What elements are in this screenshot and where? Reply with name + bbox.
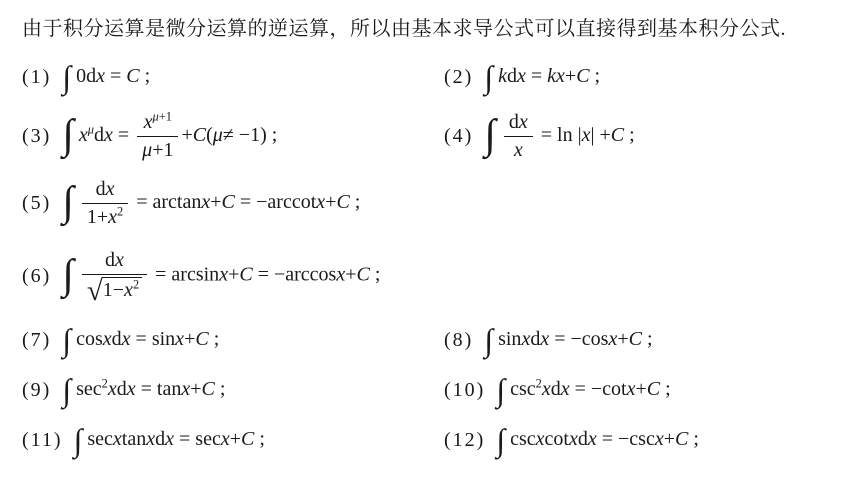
math-text: = — [526, 65, 547, 87]
math-variable: x — [517, 65, 526, 87]
math-variable: x — [536, 428, 545, 450]
fraction: dx1+x2 — [82, 178, 128, 229]
math-variable: x — [175, 328, 184, 350]
superscript: 2 — [133, 278, 139, 292]
radicand: 1−x2 — [102, 277, 142, 302]
numerator: dx — [82, 249, 147, 274]
integral-sign: ∫ — [62, 117, 74, 155]
formula-item: (5)∫dx1+x2 = arctanx+C = −arccotx+C ; — [22, 178, 834, 229]
integral-sign: ∫ — [62, 257, 74, 295]
math-variable: C — [357, 264, 370, 286]
math-variable: x — [104, 124, 113, 146]
math-variable: x — [588, 428, 597, 450]
math-text: + — [210, 191, 221, 213]
math-variable: x — [542, 378, 551, 400]
math-text: d — [94, 124, 104, 146]
math-variable: x — [165, 428, 174, 450]
math-text: d — [507, 65, 517, 87]
math-text: d — [509, 111, 519, 133]
math-variable: x — [316, 191, 325, 213]
math-text: d — [551, 378, 561, 400]
math-variable: x — [655, 428, 664, 450]
formula-item: (12)∫cscxcotxdx = −cscx+C ; — [444, 426, 844, 455]
math-text: ) ; — [260, 124, 277, 146]
textbook-page: 由于积分运算是微分运算的逆运算，所以由基本求导公式可以直接得到基本积分公式. (… — [0, 0, 844, 482]
formula-expression: ∫dx√1−x2 = arcsinx+C = −arccosx+C ; — [61, 249, 380, 303]
math-text: = arcsin — [150, 264, 219, 286]
math-text: ; — [590, 65, 601, 87]
formula-expression: ∫cscxcotxdx = −cscx+C ; — [495, 426, 699, 455]
math-text: d — [530, 328, 540, 350]
formula-expression: ∫sinxdx = −cosx+C ; — [483, 326, 652, 355]
math-text: ; — [215, 378, 226, 400]
math-variable: x — [181, 378, 190, 400]
math-variable: x — [221, 428, 230, 450]
integral-sign: ∫ — [484, 326, 493, 355]
formula-item: (6)∫dx√1−x2 = arcsinx+C = −arccosx+C ; — [22, 249, 834, 303]
math-variable: C — [195, 328, 208, 350]
formula-row: (6)∫dx√1−x2 = arcsinx+C = −arccosx+C ; — [22, 238, 834, 314]
math-text: = sin — [131, 328, 176, 350]
formula-item: (1)∫0dx = C ; — [22, 63, 444, 92]
math-variable: C — [629, 328, 642, 350]
math-text: d — [117, 378, 127, 400]
formula-row: (1)∫0dx = C ;(2)∫kdx = kx+C ; — [22, 54, 834, 101]
math-text: + — [345, 264, 356, 286]
math-text: + — [184, 328, 195, 350]
math-text: tan — [122, 428, 146, 450]
math-text: cos — [76, 328, 103, 350]
formula-expression: ∫xμdx = xμ+1μ+1+C(μ≠ −1) ; — [61, 111, 277, 162]
math-text: + — [230, 428, 241, 450]
math-text: ; — [624, 124, 635, 146]
math-variable: x — [79, 124, 88, 146]
intro-text: 由于积分运算是微分运算的逆运算，所以由基本求导公式可以直接得到基本积分公式. — [22, 16, 834, 42]
math-variable: x — [127, 378, 136, 400]
formula-expression: ∫secxtanxdx = secx+C ; — [73, 426, 265, 455]
integral-sign: ∫ — [62, 326, 71, 355]
math-text: cot — [545, 428, 569, 450]
formula-number: (1) — [22, 66, 51, 89]
math-variable: x — [201, 191, 210, 213]
formula-number: (9) — [22, 379, 51, 402]
denominator: 1+x2 — [82, 203, 128, 229]
math-text: + — [617, 328, 628, 350]
integral-sign: ∫ — [62, 376, 71, 405]
math-text: = sec — [174, 428, 221, 450]
formula-list: (1)∫0dx = C ;(2)∫kdx = kx+C ;(3)∫xμdx = … — [22, 54, 834, 464]
math-text: + — [636, 378, 647, 400]
math-text: = — [113, 124, 134, 146]
math-text: | + — [590, 124, 610, 146]
radical: √1−x2 — [87, 277, 142, 303]
formula-number: (2) — [444, 66, 473, 89]
math-text: ; — [254, 428, 265, 450]
math-text: = tan — [136, 378, 182, 400]
math-text: ; — [140, 65, 151, 87]
denominator: √1−x2 — [82, 274, 147, 303]
math-text: ≠ −1 — [223, 124, 260, 146]
formula-expression: ∫sec2xdx = tanx+C ; — [61, 376, 225, 405]
math-text: +1 — [159, 109, 172, 123]
fraction: xμ+1μ+1 — [137, 111, 178, 162]
math-variable: C — [647, 378, 660, 400]
math-variable: x — [561, 378, 570, 400]
formula-expression: ∫cosxdx = sinx+C ; — [61, 326, 219, 355]
formula-expression: ∫kdx = kx+C ; — [483, 63, 600, 92]
math-text: = −cot — [570, 378, 627, 400]
math-variable: x — [108, 378, 117, 400]
numerator: dx — [82, 178, 128, 203]
formula-expression: ∫csc2xdx = −cotx+C ; — [495, 376, 670, 405]
math-text: d — [155, 428, 165, 450]
math-variable: C — [193, 124, 206, 146]
fraction: dxx — [504, 111, 533, 162]
math-text: + — [664, 428, 675, 450]
radical-sign-icon: √ — [87, 280, 103, 303]
math-text: + — [325, 191, 336, 213]
math-variable: x — [569, 428, 578, 450]
formula-row: (3)∫xμdx = xμ+1μ+1+C(μ≠ −1) ;(4)∫dxx = l… — [22, 104, 834, 168]
math-variable: x — [124, 279, 133, 301]
math-text: = −arccos — [253, 264, 337, 286]
math-variable: C — [202, 378, 215, 400]
math-text: + — [181, 124, 192, 146]
math-text: ; — [209, 328, 220, 350]
math-text: = ln | — [536, 124, 582, 146]
integral-sign: ∫ — [62, 184, 74, 222]
formula-item: (2)∫kdx = kx+C ; — [444, 63, 844, 92]
math-text: + — [228, 264, 239, 286]
math-variable: x — [540, 328, 549, 350]
formula-row: (9)∫sec2xdx = tanx+C ;(10)∫csc2xdx = −co… — [22, 367, 834, 414]
math-text: d — [112, 328, 122, 350]
formula-item: (10)∫csc2xdx = −cotx+C ; — [444, 376, 844, 405]
math-variable: x — [108, 206, 117, 228]
math-text: 2 — [117, 204, 123, 218]
math-variable: μ — [213, 124, 223, 146]
math-variable: μ — [142, 139, 152, 161]
math-variable: C — [336, 191, 349, 213]
math-text: sec — [87, 428, 113, 450]
integral-sign: ∫ — [484, 63, 493, 92]
math-text: ; — [660, 378, 671, 400]
math-variable: x — [627, 378, 636, 400]
formula-number: (5) — [22, 192, 51, 215]
math-text: sec — [76, 378, 102, 400]
math-variable: x — [122, 328, 131, 350]
superscript: μ+1 — [153, 109, 172, 123]
math-variable: x — [608, 328, 617, 350]
math-text: = arctan — [131, 191, 201, 213]
numerator: dx — [504, 111, 533, 136]
math-variable: C — [241, 428, 254, 450]
math-variable: C — [126, 65, 139, 87]
math-text: sin — [498, 328, 521, 350]
math-variable: x — [521, 328, 530, 350]
formula-item: (8)∫sinxdx = −cosx+C ; — [444, 326, 844, 355]
formula-expression: ∫dx1+x2 = arctanx+C = −arccotx+C ; — [61, 178, 360, 229]
denominator: μ+1 — [137, 136, 178, 162]
integral-sign: ∫ — [484, 117, 496, 155]
math-text: ( — [206, 124, 213, 146]
math-variable: x — [144, 111, 153, 133]
math-text: ; — [350, 191, 361, 213]
math-text: = −csc — [597, 428, 655, 450]
math-text: ; — [688, 428, 699, 450]
formula-item: (11)∫secxtanxdx = secx+C ; — [22, 426, 444, 455]
integral-sign: ∫ — [496, 426, 505, 455]
math-text: + — [190, 378, 201, 400]
math-variable: x — [336, 264, 345, 286]
formula-item: (4)∫dxx = ln |x| +C ; — [444, 111, 844, 162]
math-variable: x — [519, 111, 528, 133]
math-variable: k — [498, 65, 507, 87]
integral-sign: ∫ — [62, 63, 71, 92]
math-text: +1 — [152, 139, 173, 161]
integral-sign: ∫ — [74, 426, 83, 455]
math-variable: x — [146, 428, 155, 450]
formula-expression: ∫0dx = C ; — [61, 63, 150, 92]
math-text: = −arccot — [235, 191, 316, 213]
formula-row: (11)∫secxtanxdx = secx+C ;(12)∫cscxcotxd… — [22, 417, 834, 464]
math-text: csc — [510, 428, 536, 450]
math-variable: C — [576, 65, 589, 87]
formula-number: (3) — [22, 125, 51, 148]
formula-row: (7)∫cosxdx = sinx+C ;(8)∫sinxdx = −cosx+… — [22, 317, 834, 364]
math-variable: x — [96, 65, 105, 87]
math-text: 1− — [103, 279, 124, 301]
math-variable: C — [675, 428, 688, 450]
fraction: dx√1−x2 — [82, 249, 147, 303]
math-text: 0d — [76, 65, 96, 87]
math-variable: x — [106, 178, 115, 200]
math-text: csc — [510, 378, 536, 400]
math-variable: C — [222, 191, 235, 213]
formula-number: (4) — [444, 125, 473, 148]
math-variable: x — [514, 139, 523, 161]
math-variable: kx — [547, 65, 565, 87]
math-text: ; — [370, 264, 381, 286]
math-text: d — [578, 428, 588, 450]
math-text: d — [105, 249, 115, 271]
math-variable: C — [239, 264, 252, 286]
formula-item: (7)∫cosxdx = sinx+C ; — [22, 326, 444, 355]
formula-number: (12) — [444, 429, 485, 452]
formula-number: (7) — [22, 329, 51, 352]
math-text: 2 — [133, 278, 139, 292]
math-variable: x — [113, 428, 122, 450]
formula-number: (11) — [22, 429, 63, 452]
formula-expression: ∫dxx = ln |x| +C ; — [483, 111, 634, 162]
math-text: d — [96, 178, 106, 200]
formula-number: (6) — [22, 265, 51, 288]
math-text: = — [105, 65, 126, 87]
denominator: x — [504, 136, 533, 162]
math-variable: x — [115, 249, 124, 271]
superscript: 2 — [117, 204, 123, 218]
formula-number: (10) — [444, 379, 485, 402]
math-variable: x — [103, 328, 112, 350]
integral-sign: ∫ — [496, 376, 505, 405]
formula-item: (3)∫xμdx = xμ+1μ+1+C(μ≠ −1) ; — [22, 111, 444, 162]
math-text: = −cos — [549, 328, 608, 350]
math-variable: C — [611, 124, 624, 146]
math-text: ; — [642, 328, 653, 350]
formula-row: (5)∫dx1+x2 = arctanx+C = −arccotx+C ; — [22, 171, 834, 235]
formula-item: (9)∫sec2xdx = tanx+C ; — [22, 376, 444, 405]
math-text: + — [565, 65, 576, 87]
numerator: xμ+1 — [137, 111, 178, 136]
math-text: 1+ — [87, 206, 108, 228]
math-variable: x — [219, 264, 228, 286]
formula-number: (8) — [444, 329, 473, 352]
